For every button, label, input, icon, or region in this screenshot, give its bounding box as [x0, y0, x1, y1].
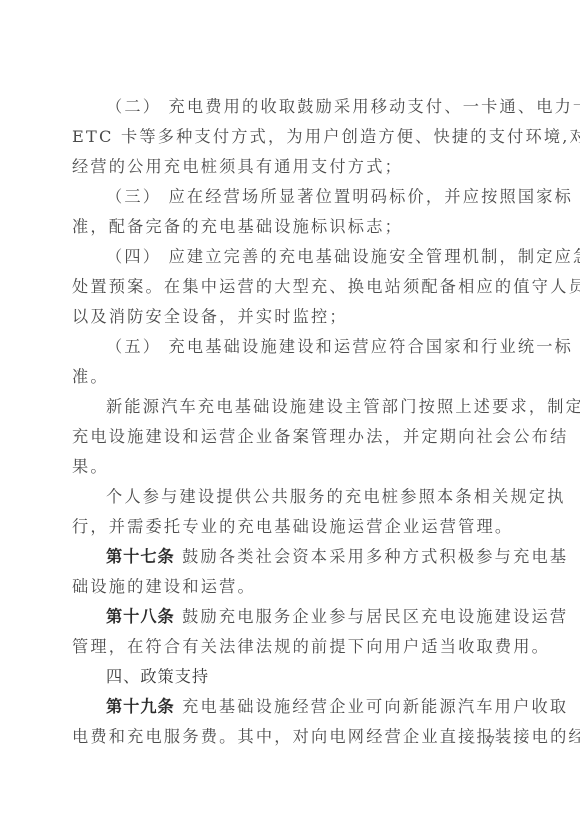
line-text: 管理，在符合有关法律法规的前提下向用户适当收取费用。 [72, 637, 550, 656]
paragraph-line: 处置预案。在集中运营的大型充、换电站须配备相应的值守人员， [72, 272, 508, 302]
article-19-line: 第十九条 充电基础设施经营企业可向新能源汽车用户收取 [72, 692, 508, 722]
line-text: 准。 [72, 367, 109, 386]
line-text: 准，配备完备的充电基础设施标识标志； [72, 217, 403, 236]
paragraph-line: 准。 [72, 362, 508, 392]
line-text: 行，并需委托专业的充电基础设施运营企业运营管理。 [72, 517, 513, 536]
paragraph-line: （五） 充电基础设施建设和运营应符合国家和行业统一标 [72, 332, 508, 362]
paragraph-line: （二） 充电费用的收取鼓励采用移动支付、一卡通、电力卡、 [72, 92, 508, 122]
paragraph-line: 行，并需委托专业的充电基础设施运营企业运营管理。 [72, 512, 508, 542]
line-text: 鼓励各类社会资本采用多种方式积极参与充电基 [175, 547, 568, 566]
line-text: （五） 充电基础设施建设和运营应符合国家和行业统一标 [106, 337, 573, 356]
line-text: 充电基础设施经营企业可向新能源汽车用户收取 [175, 697, 568, 716]
article-number: 第十八条 [106, 607, 175, 626]
document-body: （二） 充电费用的收取鼓励采用移动支付、一卡通、电力卡、 ETC 卡等多种支付方… [72, 92, 508, 752]
line-text: （三） 应在经营场所显著位置明码标价，并应按照国家标 [106, 187, 573, 206]
line-text: （二） 充电费用的收取鼓励采用移动支付、一卡通、电力卡、 [106, 97, 580, 116]
line-text: 鼓励充电服务企业参与居民区充电设施建设运营 [175, 607, 568, 626]
paragraph-line: 础设施的建设和运营。 [72, 572, 508, 602]
article-18-line: 第十八条 鼓励充电服务企业参与居民区充电设施建设运营 [72, 602, 508, 632]
paragraph-line: 准，配备完备的充电基础设施标识标志； [72, 212, 508, 242]
paragraph-line: （三） 应在经营场所显著位置明码标价，并应按照国家标 [72, 182, 508, 212]
section-heading: 四、政策支持 [106, 667, 209, 686]
document-page: （二） 充电费用的收取鼓励采用移动支付、一卡通、电力卡、 ETC 卡等多种支付方… [0, 0, 580, 820]
line-text: 个人参与建设提供公共服务的充电桩参照本条相关规定执 [106, 487, 566, 506]
paragraph-line: 管理，在符合有关法律法规的前提下向用户适当收取费用。 [72, 632, 508, 662]
paragraph-line: 电费和充电服务费。其中，对向电网经营企业直接报装接电的经 [72, 722, 508, 752]
line-text: （四） 应建立完善的充电基础设施安全管理机制，制定应急 [106, 247, 580, 266]
line-text: 以及消防安全设备，并实时监控； [72, 307, 348, 326]
line-text: 果。 [72, 457, 109, 476]
line-text: ETC 卡等多种支付方式，为用户创造方便、快捷的支付环境,对外 [72, 127, 580, 146]
paragraph-line: 经营的公用充电桩须具有通用支付方式； [72, 152, 508, 182]
line-text: 经营的公用充电桩须具有通用支付方式； [72, 157, 403, 176]
paragraph-line: （四） 应建立完善的充电基础设施安全管理机制，制定应急 [72, 242, 508, 272]
article-17-line: 第十七条 鼓励各类社会资本采用多种方式积极参与充电基 [72, 542, 508, 572]
line-text: 充电设施建设和运营企业备案管理办法，并定期向社会公布结 [72, 427, 568, 446]
paragraph-line: 果。 [72, 452, 508, 482]
article-number: 第十七条 [106, 547, 175, 566]
paragraph-line: ETC 卡等多种支付方式，为用户创造方便、快捷的支付环境,对外 [72, 122, 508, 152]
article-number: 第十九条 [106, 697, 175, 716]
section-heading-line: 四、政策支持 [72, 662, 508, 692]
line-text: 新能源汽车充电基础设施建设主管部门按照上述要求，制定 [106, 397, 580, 416]
paragraph-line: 充电设施建设和运营企业备案管理办法，并定期向社会公布结 [72, 422, 508, 452]
page-number: - 7 - [470, 733, 514, 751]
paragraph-line: 以及消防安全设备，并实时监控； [72, 302, 508, 332]
paragraph-line: 新能源汽车充电基础设施建设主管部门按照上述要求，制定 [72, 392, 508, 422]
line-text: 处置预案。在集中运营的大型充、换电站须配备相应的值守人员， [72, 277, 580, 296]
line-text: 础设施的建设和运营。 [72, 577, 256, 596]
paragraph-line: 个人参与建设提供公共服务的充电桩参照本条相关规定执 [72, 482, 508, 512]
